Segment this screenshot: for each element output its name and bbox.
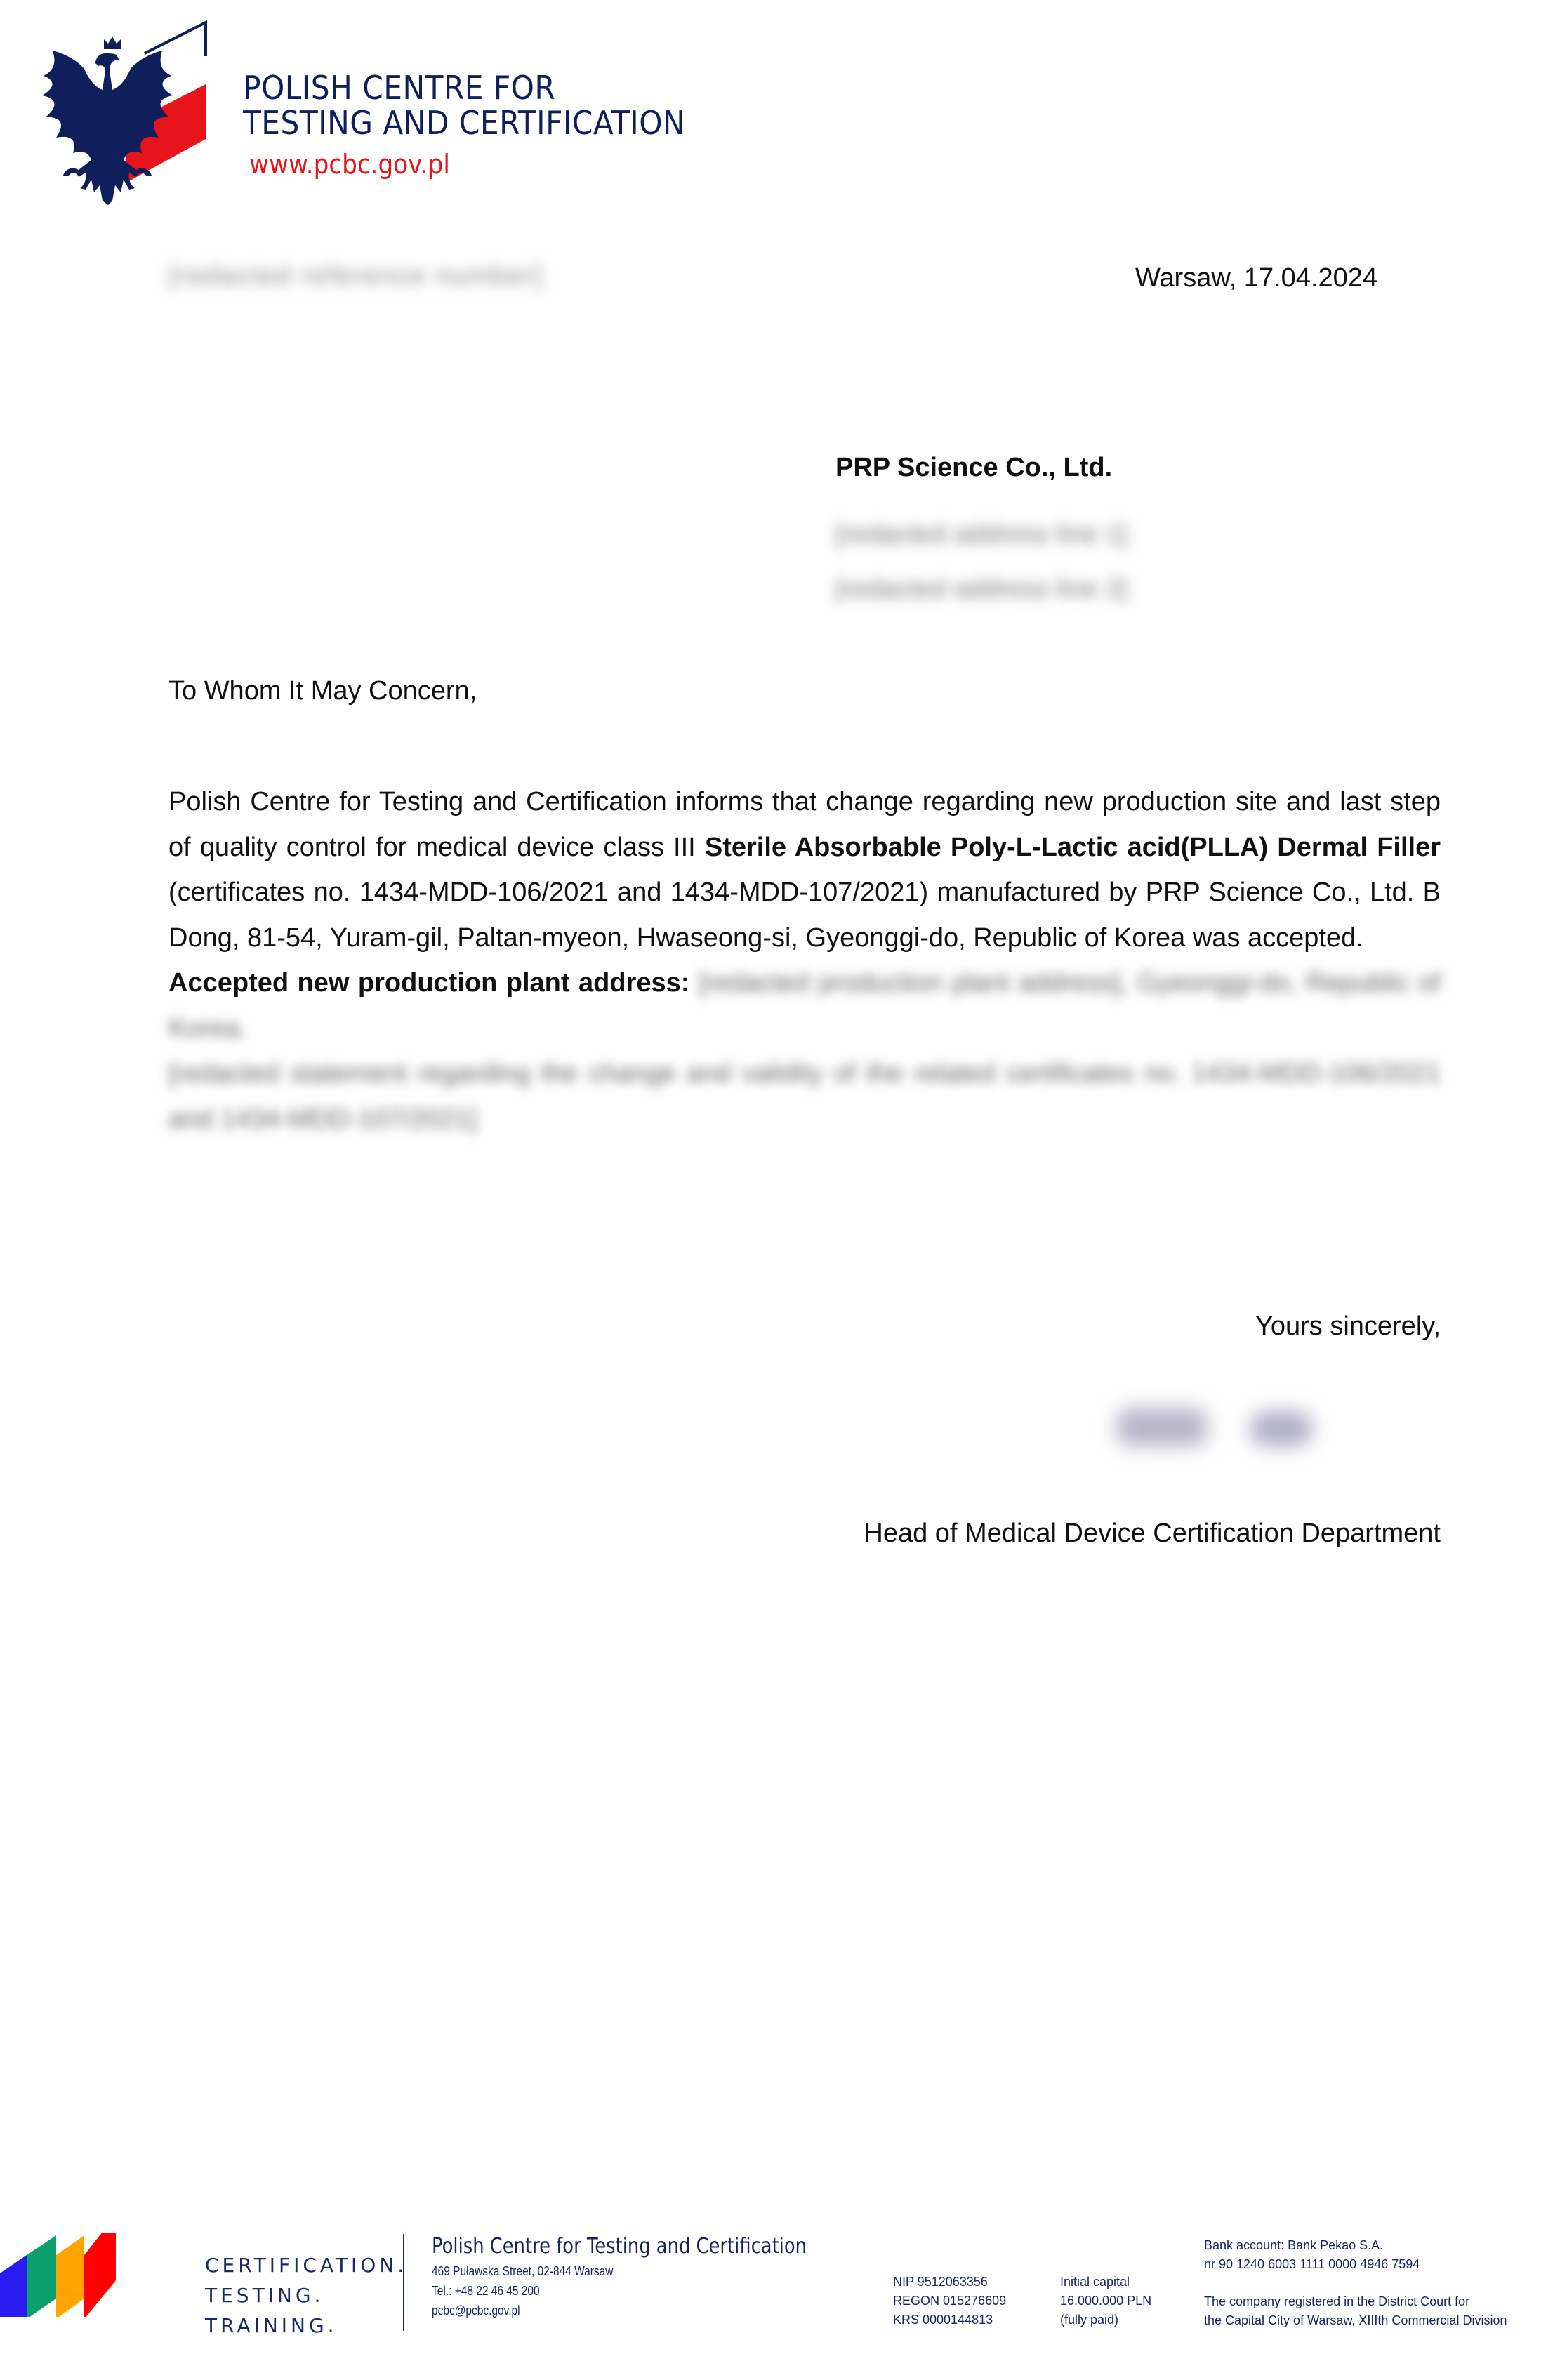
org-title-line-2: TESTING AND CERTIFICATION <box>243 105 685 140</box>
closing: Yours sincerely, <box>1255 1311 1441 1342</box>
org-title: POLISH CENTRE FOR TESTING AND CERTIFICAT… <box>243 70 685 140</box>
plant-address-label: Accepted new production plant address: <box>168 968 689 998</box>
letter-body: Polish Centre for Testing and Certificat… <box>168 779 1441 1142</box>
signatory-title: Head of Medical Device Certification Dep… <box>864 1519 1441 1549</box>
recipient-address-line-1: [redacted address line 1] <box>835 507 1128 562</box>
bank-account-number: nr 90 1240 6003 1111 0000 4946 7594 <box>1204 2255 1507 2274</box>
registry-info: the Capital City of Warsaw, XIIIth Comme… <box>1204 2311 1507 2330</box>
recipient-block: PRP Science Co., Ltd. [redacted address … <box>835 453 1128 616</box>
footer-phone[interactable]: Tel.: +48 22 46 45 200 <box>432 2281 807 2301</box>
registry-info: The company registered in the District C… <box>1204 2292 1507 2311</box>
body-paragraph-3-redacted: [redacted statement regarding the change… <box>168 1051 1441 1142</box>
body-paragraph-2: Accepted new production plant address: [… <box>168 960 1441 1051</box>
footer-capital: Initial capital 16.000.000 PLN (fully pa… <box>1060 2273 1151 2329</box>
recipient-name: PRP Science Co., Ltd. <box>835 453 1128 483</box>
signature-redacted <box>1109 1394 1341 1457</box>
reference-number-redacted: [redacted reference number] <box>168 261 772 296</box>
footer-tagline: CERTIFICATION. TESTING. TRAINING. <box>205 2250 407 2341</box>
date-line: Warsaw, 17.04.2024 <box>1135 263 1377 293</box>
signature-stroke <box>1250 1411 1313 1446</box>
footer-divider <box>403 2234 404 2331</box>
greeting: To Whom It May Concern, <box>168 676 477 706</box>
footer-company-ids: NIP 9512063356 REGON 015276609 KRS 00001… <box>893 2273 1006 2329</box>
footer-email[interactable]: pcbc@pcbc.gov.pl <box>432 2301 807 2320</box>
org-title-line-1: POLISH CENTRE FOR <box>243 70 685 105</box>
footer-bank-registry: Bank account: Bank Pekao S.A. nr 90 1240… <box>1204 2236 1507 2330</box>
device-name: Sterile Absorbable Poly-L-Lactic acid(PL… <box>705 833 1441 862</box>
recipient-address-line-2: [redacted address line 2] <box>835 562 1128 616</box>
body-paragraph-1: Polish Centre for Testing and Certificat… <box>168 779 1441 960</box>
footer-contact: Polish Centre for Testing and Certificat… <box>432 2234 868 2320</box>
signature-stroke <box>1116 1408 1208 1446</box>
website-link[interactable]: www.pcbc.gov.pl <box>249 149 450 180</box>
footer-address: 469 Puławska Street, 02-844 Warsaw <box>432 2261 807 2281</box>
bank-account: Bank account: Bank Pekao S.A. <box>1204 2236 1507 2255</box>
color-stripes-logo-icon <box>0 2233 176 2317</box>
footer-org-name: Polish Centre for Testing and Certificat… <box>432 2234 807 2259</box>
eagle-emblem-icon <box>35 20 211 209</box>
